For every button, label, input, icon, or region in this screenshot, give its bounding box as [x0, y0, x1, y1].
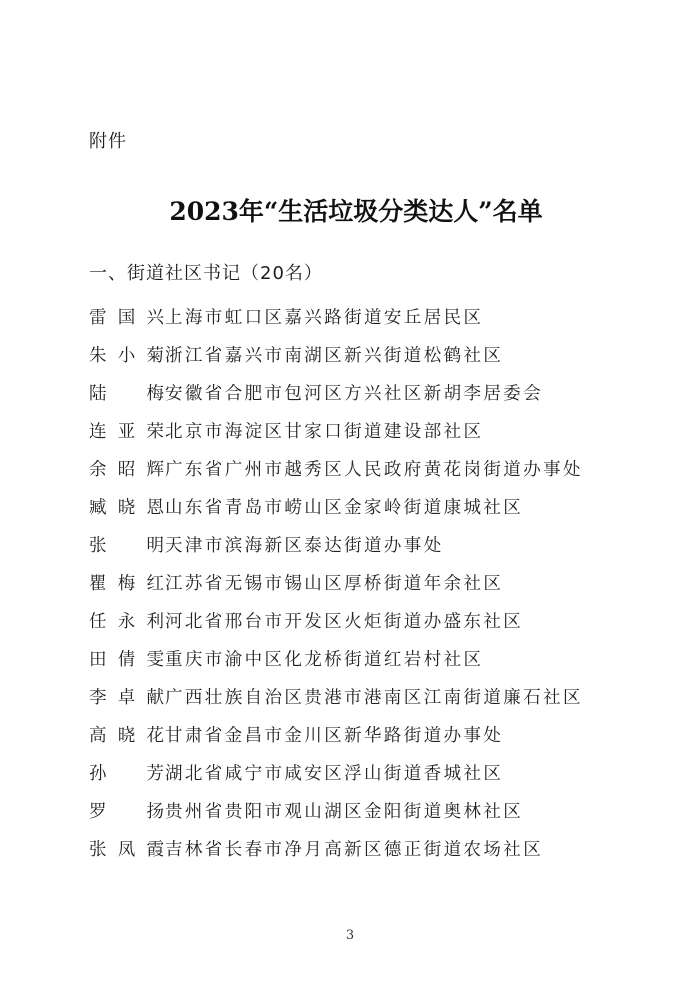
person-name: 任永利 [89, 608, 165, 633]
organization: 江苏省无锡市锡山区厚桥街道年余社区 [165, 570, 503, 595]
organization: 安徽省合肥市包河区方兴社区新胡李居委会 [165, 380, 543, 405]
organization: 重庆市渝中区化龙桥街道红岩村社区 [165, 646, 483, 671]
list-item: 田倩雯 重庆市渝中区化龙桥街道红岩村社区 [89, 639, 649, 677]
list-item: 雷国兴 上海市虹口区嘉兴路街道安丘居民区 [89, 297, 649, 335]
honoree-list: 雷国兴 上海市虹口区嘉兴路街道安丘居民区 朱小菊 浙江省嘉兴市南湖区新兴街道松鹤… [89, 297, 649, 867]
list-item: 朱小菊 浙江省嘉兴市南湖区新兴街道松鹤社区 [89, 335, 649, 373]
person-name: 孙 芳 [89, 760, 165, 785]
organization: 广西壮族自治区贵港市港南区江南街道廉石社区 [165, 684, 583, 709]
person-name: 瞿梅红 [89, 570, 165, 595]
organization: 天津市滨海新区泰达街道办事处 [165, 532, 444, 557]
person-name: 连亚荣 [89, 418, 165, 443]
organization: 广东省广州市越秀区人民政府黄花岗街道办事处 [165, 456, 583, 481]
person-name: 朱小菊 [89, 342, 165, 367]
page-title: 2023年“生活垃圾分类达人”名单 [0, 192, 700, 228]
organization: 甘肃省金昌市金川区新华路街道办事处 [165, 722, 503, 747]
person-name: 田倩雯 [89, 646, 165, 671]
organization: 北京市海淀区甘家口街道建设部社区 [165, 418, 483, 443]
organization: 湖北省咸宁市咸安区浮山街道香城社区 [165, 760, 503, 785]
organization: 山东省青岛市崂山区金家岭街道康城社区 [165, 494, 523, 519]
list-item: 余昭辉 广东省广州市越秀区人民政府黄花岗街道办事处 [89, 449, 649, 487]
person-name: 雷国兴 [89, 304, 165, 329]
organization: 吉林省长春市净月高新区德正街道农场社区 [165, 836, 543, 861]
list-item: 连亚荣 北京市海淀区甘家口街道建设部社区 [89, 411, 649, 449]
organization: 浙江省嘉兴市南湖区新兴街道松鹤社区 [165, 342, 503, 367]
person-name: 陆 梅 [89, 380, 165, 405]
section-heading: 一、街道社区书记（20名） [89, 259, 323, 285]
organization: 河北省邢台市开发区火炬街道办盛东社区 [165, 608, 523, 633]
person-name: 高晓花 [89, 722, 165, 747]
list-item: 孙 芳 湖北省咸宁市咸安区浮山街道香城社区 [89, 753, 649, 791]
person-name: 罗 扬 [89, 798, 165, 823]
list-item: 臧晓恩 山东省青岛市崂山区金家岭街道康城社区 [89, 487, 649, 525]
page-number: 3 [0, 928, 700, 943]
list-item: 陆 梅 安徽省合肥市包河区方兴社区新胡李居委会 [89, 373, 649, 411]
list-item: 李卓献 广西壮族自治区贵港市港南区江南街道廉石社区 [89, 677, 649, 715]
person-name: 张 明 [89, 532, 165, 557]
person-name: 臧晓恩 [89, 494, 165, 519]
person-name: 余昭辉 [89, 456, 165, 481]
list-item: 张 明 天津市滨海新区泰达街道办事处 [89, 525, 649, 563]
list-item: 罗 扬 贵州省贵阳市观山湖区金阳街道奥林社区 [89, 791, 649, 829]
organization: 上海市虹口区嘉兴路街道安丘居民区 [165, 304, 483, 329]
list-item: 高晓花 甘肃省金昌市金川区新华路街道办事处 [89, 715, 649, 753]
organization: 贵州省贵阳市观山湖区金阳街道奥林社区 [165, 798, 523, 823]
person-name: 张凤霞 [89, 836, 165, 861]
list-item: 张凤霞 吉林省长春市净月高新区德正街道农场社区 [89, 829, 649, 867]
list-item: 瞿梅红 江苏省无锡市锡山区厚桥街道年余社区 [89, 563, 649, 601]
person-name: 李卓献 [89, 684, 165, 709]
list-item: 任永利 河北省邢台市开发区火炬街道办盛东社区 [89, 601, 649, 639]
attachment-label: 附件 [89, 127, 127, 153]
